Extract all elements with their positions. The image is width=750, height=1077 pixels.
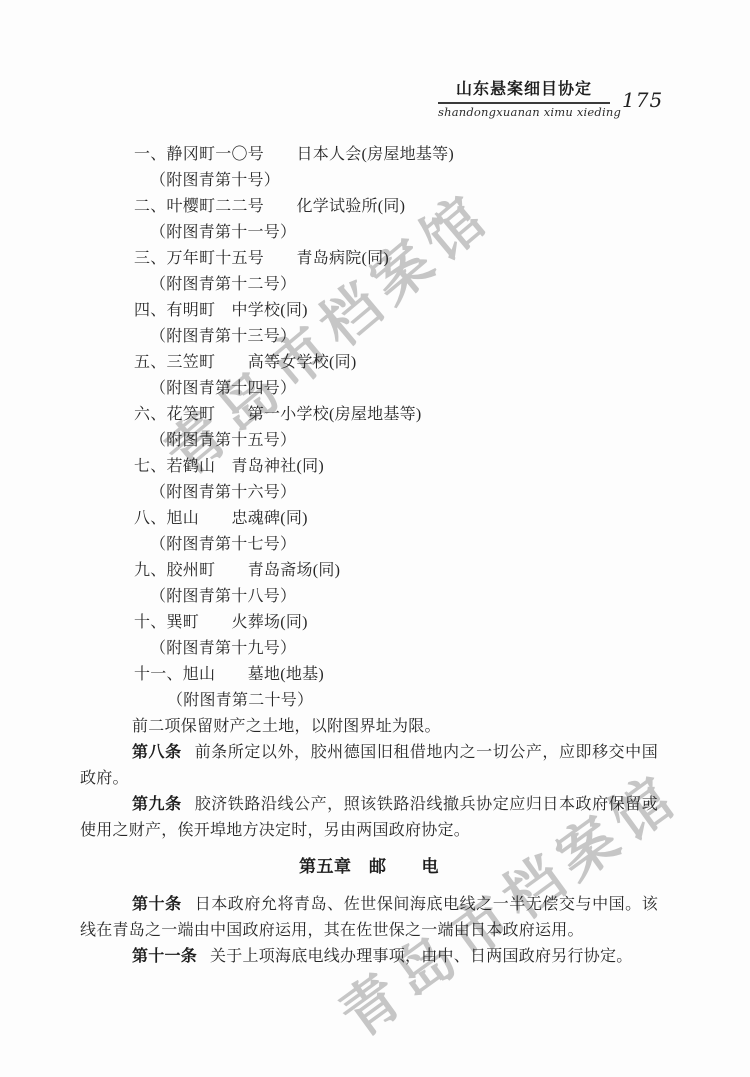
- list-item-line: 十、巽町 火葬场(同): [80, 610, 658, 636]
- article-9-paragraph: 第九条胶济铁路沿线公产，照该铁路沿线撤兵协定应归日本政府保留或使用之财产，俟开埠…: [80, 792, 658, 844]
- list-item-line: 五、三笠町 高等女学校(同): [80, 350, 658, 376]
- list-item: 五、三笠町 高等女学校(同) （附图青第十四号）: [80, 350, 658, 402]
- page-header: 山东悬案细目协定 shandongxuanan ximu xieding: [438, 80, 610, 119]
- list-item-line: 二、叶樱町二二号 化学试验所(同): [80, 194, 658, 220]
- list-item-line: 九、胶州町 青岛斋场(同): [80, 558, 658, 584]
- list-item-line: 八、旭山 忠魂碑(同): [80, 506, 658, 532]
- list-item-note: （附图青第十七号）: [80, 532, 658, 558]
- list-item-line: 六、花笑町 第一小学校(房屋地基等): [80, 402, 658, 428]
- list-item-note: （附图青第十一号）: [80, 220, 658, 246]
- header-rule: [438, 102, 610, 104]
- page-number: 175: [622, 88, 663, 112]
- document-page: 青岛市档案馆 青岛市档案馆 山东悬案细目协定 shandongxuanan xi…: [0, 0, 750, 1077]
- document-body: 一、静冈町一〇号 日本人会(房屋地基等) （附图青第十号） 二、叶樱町二二号 化…: [80, 142, 658, 970]
- list-item: 十、巽町 火葬场(同) （附图青第十九号）: [80, 610, 658, 662]
- list-item: 一、静冈町一〇号 日本人会(房屋地基等) （附图青第十号）: [80, 142, 658, 194]
- list-item-line: 十一、旭山 墓地(地基): [80, 662, 658, 688]
- closing-note-paragraph: 前二项保留财产之土地，以附图界址为限。: [80, 714, 658, 740]
- chapter-5-heading: 第五章 邮 电: [80, 854, 658, 880]
- list-item: 四、有明町 中学校(同) （附图青第十三号）: [80, 298, 658, 350]
- list-item-note: （附图青第十二号）: [80, 272, 658, 298]
- list-item-note: （附图青第十六号）: [80, 480, 658, 506]
- list-item: 三、万年町十五号 青岛病院(同) （附图青第十二号）: [80, 246, 658, 298]
- list-item: 二、叶樱町二二号 化学试验所(同) （附图青第十一号）: [80, 194, 658, 246]
- list-item: 八、旭山 忠魂碑(同) （附图青第十七号）: [80, 506, 658, 558]
- list-item: 七、若鹤山 青岛神社(同) （附图青第十六号）: [80, 454, 658, 506]
- list-item: 六、花笑町 第一小学校(房屋地基等) （附图青第十五号）: [80, 402, 658, 454]
- list-item-line: 一、静冈町一〇号 日本人会(房屋地基等): [80, 142, 658, 168]
- article-10-label: 第十条: [132, 896, 182, 913]
- article-11-text: 关于上项海底电线办理事项，由中、日两国政府另行协定。: [210, 948, 633, 965]
- list-item-line: 四、有明町 中学校(同): [80, 298, 658, 324]
- list-item-note: （附图青第十九号）: [80, 636, 658, 662]
- list-item-line: 七、若鹤山 青岛神社(同): [80, 454, 658, 480]
- list-item-note: （附图青第十号）: [80, 168, 658, 194]
- list-item-note: （附图青第二十号）: [80, 688, 658, 714]
- article-8-paragraph: 第八条前条所定以外，胶州德国旧租借地内之一切公产，应即移交中国政府。: [80, 740, 658, 792]
- article-11-label: 第十一条: [132, 948, 197, 965]
- list-item: 十一、旭山 墓地(地基) （附图青第二十号）: [80, 662, 658, 714]
- list-item: 九、胶州町 青岛斋场(同) （附图青第十八号）: [80, 558, 658, 610]
- property-list: 一、静冈町一〇号 日本人会(房屋地基等) （附图青第十号） 二、叶樱町二二号 化…: [80, 142, 658, 714]
- article-8-label: 第八条: [132, 744, 182, 761]
- article-11-paragraph: 第十一条关于上项海底电线办理事项，由中、日两国政府另行协定。: [80, 944, 658, 970]
- list-item-note: （附图青第十五号）: [80, 428, 658, 454]
- list-item-line: 三、万年町十五号 青岛病院(同): [80, 246, 658, 272]
- list-item-note: （附图青第十三号）: [80, 324, 658, 350]
- running-title: 山东悬案细目协定: [438, 80, 610, 100]
- running-title-pinyin: shandongxuanan ximu xieding: [438, 105, 610, 119]
- article-9-label: 第九条: [132, 796, 182, 813]
- list-item-note: （附图青第十四号）: [80, 376, 658, 402]
- list-item-note: （附图青第十八号）: [80, 584, 658, 610]
- article-10-paragraph: 第十条日本政府允将青岛、佐世保间海底电线之一半无偿交与中国。该线在青岛之一端由中…: [80, 892, 658, 944]
